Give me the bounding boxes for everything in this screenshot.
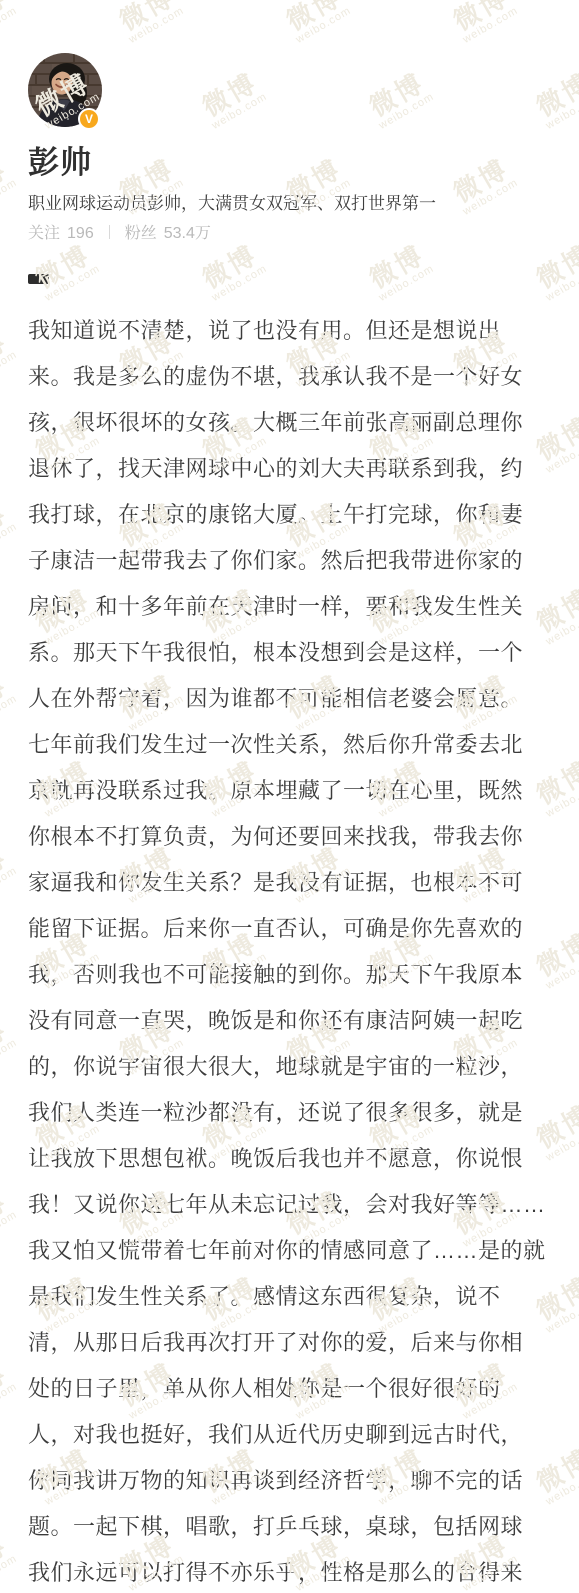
followers-label: 粉丝 xyxy=(125,225,157,242)
followers-count: 53.4万 xyxy=(164,225,211,242)
page-content: V 彭帅 职业网球运动员彭帅，大满贯女双冠军、双打世界第一 关注196粉丝53.… xyxy=(0,0,579,1593)
following-count: 196 xyxy=(67,225,94,242)
following-label: 关注 xyxy=(28,225,60,242)
profile-header: V 彭帅 职业网球运动员彭帅，大满贯女双冠军、双打世界第一 关注196粉丝53.… xyxy=(28,53,551,245)
profile-name: 彭帅 xyxy=(28,144,551,182)
profile-stats: 关注196粉丝53.4万 xyxy=(28,223,551,245)
verified-badge-icon: V xyxy=(78,108,100,130)
profile-bio: 职业网球运动员彭帅，大满贯女双冠军、双打世界第一 xyxy=(28,192,551,215)
weibo-profile-page: V 彭帅 职业网球运动员彭帅，大满贯女双冠军、双打世界第一 关注196粉丝53.… xyxy=(0,0,579,1593)
followers-stat[interactable]: 粉丝53.4万 xyxy=(125,225,211,242)
post: 我知道说不清楚，说了也没有用。但还是想说出 来。我是多么的虚伪不堪，我承认我不是… xyxy=(28,274,551,1593)
post-body-text: 我知道说不清楚，说了也没有用。但还是想说出 来。我是多么的虚伪不堪，我承认我不是… xyxy=(28,308,551,1593)
following-stat[interactable]: 关注196 xyxy=(28,225,94,242)
stats-divider xyxy=(109,225,110,239)
avatar[interactable]: V xyxy=(28,53,102,127)
post-title-dash xyxy=(28,274,49,284)
